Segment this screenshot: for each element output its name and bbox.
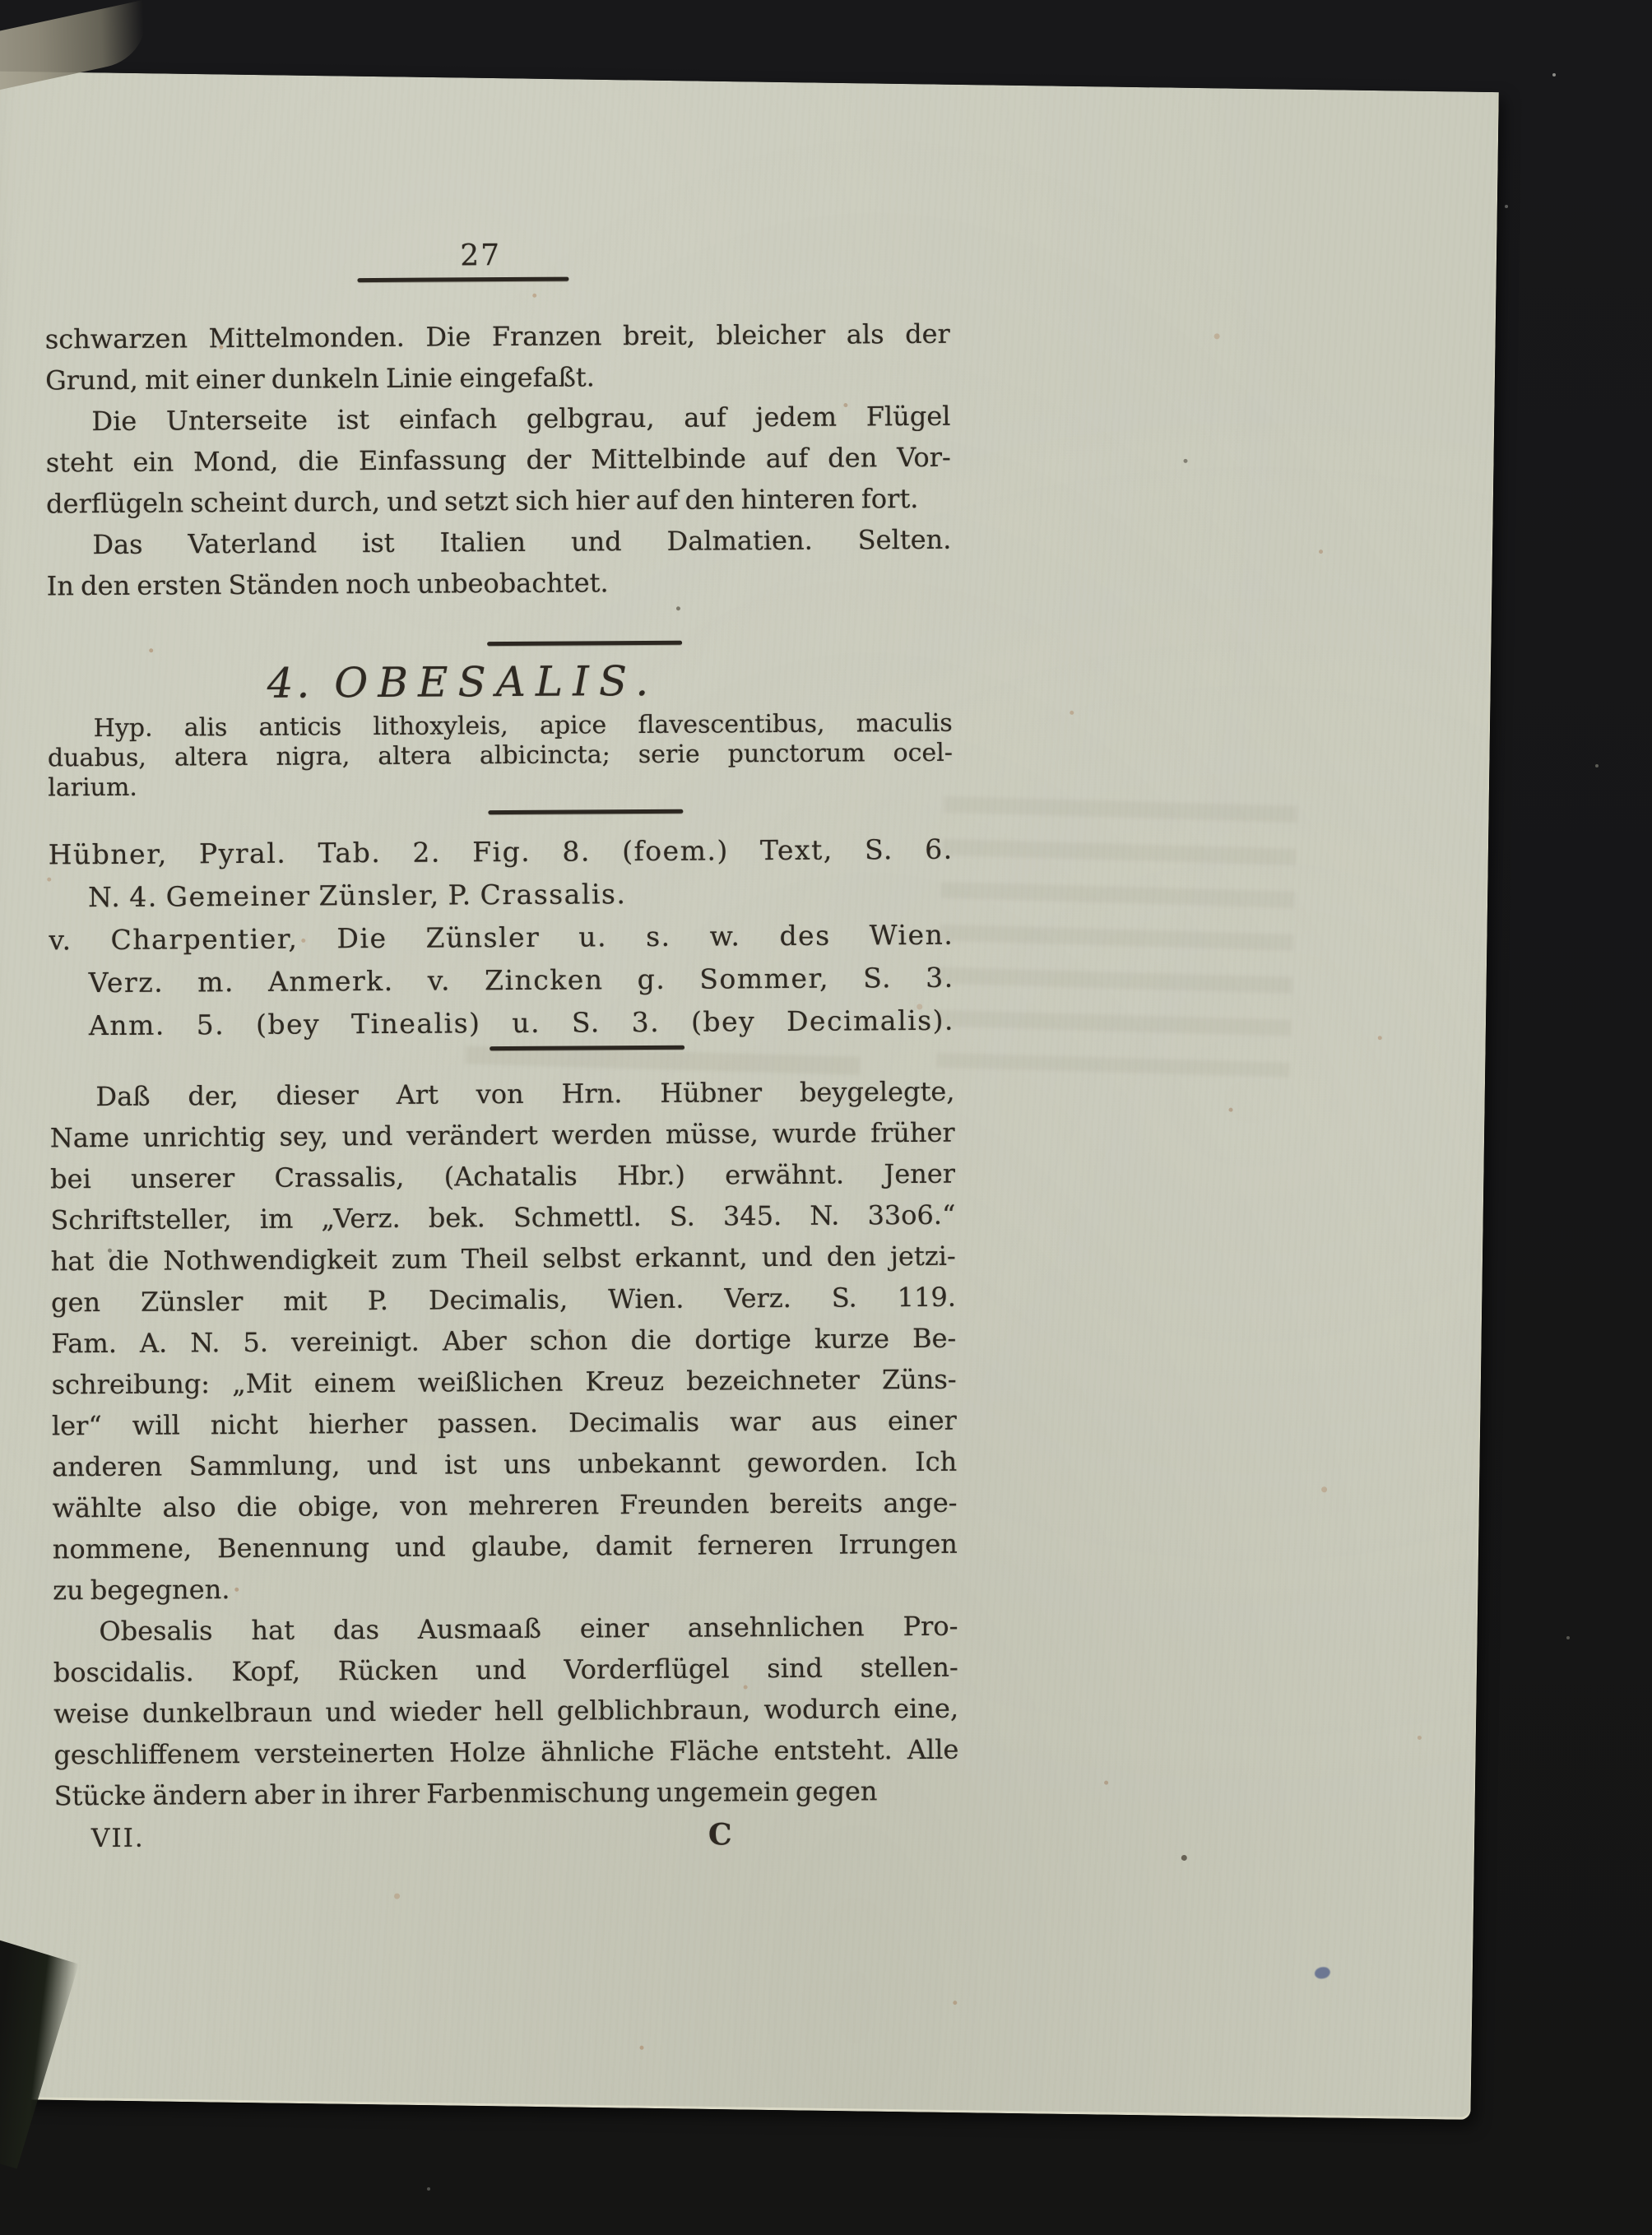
page-number: 27 xyxy=(44,235,949,277)
text-line: anderen Sammlung, und ist uns unbekannt … xyxy=(52,1441,957,1488)
text-line: Hübner, Pyral. Tab. 2. Fig. 8. (foem.) T… xyxy=(49,828,954,877)
latin-diagnosis: Hyp. alis anticis lithoxyleis, apice fla… xyxy=(48,709,954,804)
reference-entry: v. Charpentier, Die Zünsler u. s. w. des… xyxy=(49,914,954,1048)
scan-background: 27 schwarzen Mittelmonden. Die Franzen b… xyxy=(0,0,1652,2235)
text-line: Name unrichtig sey, und verändert werden… xyxy=(50,1112,955,1159)
section-rule xyxy=(490,1046,684,1050)
text-line: Schriftsteller, im „Verz. bek. Schmettl.… xyxy=(50,1194,955,1241)
text-line: duabus, altera nigra, altera albicincta;… xyxy=(48,739,953,774)
text-line: derflügeln scheint durch, und setzt sich… xyxy=(46,478,951,525)
text-line: Anm. 5. (bey Tinealis) u. S. 3. (bey Dec… xyxy=(49,999,954,1048)
text-line: steht ein Mond, die Einfassung der Mitte… xyxy=(46,437,951,484)
section-rule xyxy=(487,641,682,646)
text-line: boscidalis. Kopf, Rücken und Vorderflüge… xyxy=(53,1647,958,1694)
signature-mark: C xyxy=(708,1815,732,1853)
text-line: Grund, mit einer dunkeln Linie eingefaßt… xyxy=(45,355,950,401)
references: Hübner, Pyral. Tab. 2. Fig. 8. (foem.) T… xyxy=(49,828,955,1048)
species-name: OBESALIS. xyxy=(334,657,658,707)
paragraph: Die Unterseite ist einfach gelbgrau, auf… xyxy=(45,396,951,525)
text-line: Das Vaterland ist Italien und Dalmatien.… xyxy=(46,519,951,566)
text-line: In den ersten Ständen noch unbeobachtet. xyxy=(47,560,952,607)
text-line: N. 4. Gemeiner Zünsler, P. Crassalis. xyxy=(49,871,954,920)
paragraph: schwarzen Mittelmonden. Die Franzen brei… xyxy=(45,313,951,401)
text-line: gen Zünsler mit P. Decimalis, Wien. Verz… xyxy=(51,1277,956,1324)
ink-bleedthrough xyxy=(936,796,1297,1078)
text-block: 27 schwarzen Mittelmonden. Die Franzen b… xyxy=(44,235,959,1858)
text-line: wählte also die obige, von mehreren Freu… xyxy=(52,1482,957,1529)
section-rule xyxy=(488,809,683,814)
text-line: v. Charpentier, Die Zünsler u. s. w. des… xyxy=(49,914,954,962)
spine-shadow xyxy=(0,1928,79,2168)
paragraph: Obesalis hat das Ausmaaß einer ansehnlic… xyxy=(53,1606,959,1817)
paragraph: Das Vaterland ist Italien und Dalmatien.… xyxy=(46,519,952,607)
text-line: Daß der, dieser Art von Hrn. Hübner beyg… xyxy=(49,1071,954,1118)
book-page: 27 schwarzen Mittelmonden. Die Franzen b… xyxy=(0,71,1499,2120)
text-line: schwarzen Mittelmonden. Die Franzen brei… xyxy=(45,313,950,360)
text-line: Verz. m. Anmerk. v. Zincken g. Sommer, S… xyxy=(49,957,954,1005)
species-number: 4. xyxy=(267,659,313,707)
volume-mark: VII. xyxy=(91,1820,145,1857)
text-line: Fam. A. N. 5. vereinigt. Aber schon die … xyxy=(51,1318,956,1365)
dust-specks xyxy=(0,0,2,2)
text-line: hat die Nothwendigkeit zum Theil selbst … xyxy=(51,1236,956,1282)
text-line: zu begegnen. xyxy=(53,1565,958,1611)
paragraph: Daß der, dieser Art von Hrn. Hübner beyg… xyxy=(49,1071,958,1611)
text-line: ler“ will nicht hierher passen. Decimali… xyxy=(52,1400,957,1447)
text-line: bei unserer Crassalis, (Achatalis Hbr.) … xyxy=(50,1153,955,1200)
text-line: schreibung: „Mit einem weißlichen Kreuz … xyxy=(51,1359,956,1406)
text-line: larium. xyxy=(48,768,953,804)
species-heading: 4.OBESALIS. xyxy=(10,653,915,712)
text-line: Stücke ändern aber in ihrer Farbenmischu… xyxy=(54,1770,959,1817)
text-line: geschliffenem versteinerten Holze ähnlic… xyxy=(53,1729,958,1776)
blue-ink-spot xyxy=(1314,1966,1331,1980)
page-number-rule xyxy=(357,277,568,283)
page-curl xyxy=(0,0,155,100)
text-line: weise dunkelbraun und wieder hell gelbli… xyxy=(53,1688,958,1735)
text-line: nommene, Benennung und glaube, damit fer… xyxy=(53,1523,958,1570)
page-footer: VII. C xyxy=(54,1815,959,1858)
text-line: Obesalis hat das Ausmaaß einer ansehnlic… xyxy=(53,1606,958,1653)
text-line: Die Unterseite ist einfach gelbgrau, auf… xyxy=(45,396,950,443)
reference-entry: Hübner, Pyral. Tab. 2. Fig. 8. (foem.) T… xyxy=(49,828,954,920)
